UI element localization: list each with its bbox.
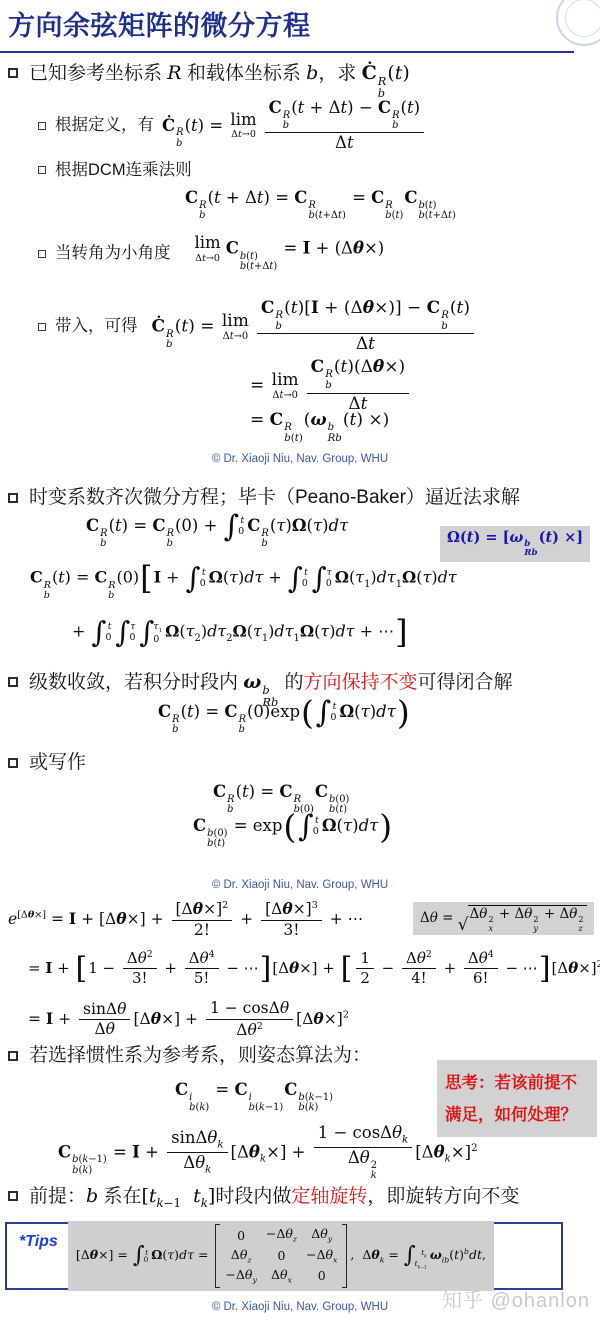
bullet-peano-baker: 时变系数齐次微分方程；毕卡（Peano-Baker）逼近法求解 — [8, 486, 520, 511]
bullet-known-frames-text: 已知参考坐标系 R 和载体坐标系 b，求 ĊRb(t) — [29, 61, 410, 100]
credit-line: © Dr. Xiaoji Niu, Nav. Group, WHU — [0, 453, 600, 465]
equation-small-angle-limit: limΔt→0Cb(t)b(t+Δt) = I + (Δθ×) — [193, 235, 385, 272]
equation-closed-form-exp: CRb(t) = CRb(0)exp(∫t0Ω(τ)dτ) — [158, 700, 411, 736]
bullet-inertial-frame-text: 若选择惯性系为参考系，则姿态算法为： — [29, 1044, 371, 1069]
page-title: 方向余弦矩阵的微分方程 — [8, 4, 311, 43]
bullet-square-icon — [8, 1051, 18, 1061]
equation-exp-form: Cb(0)b(t) = exp(∫t0Ω(τ)dτ) — [193, 814, 393, 850]
bullet-inertial-frame: 若选择惯性系为参考系，则姿态算法为： — [8, 1044, 371, 1069]
sub-bullet-definition-label: 根据定义，有 — [55, 115, 154, 136]
bullet-square-icon — [8, 677, 18, 687]
slide-page: 方向余弦矩阵的微分方程 已知参考坐标系 R 和载体坐标系 b，求 ĊRb(t)… — [0, 0, 600, 1326]
bullet-square-icon — [8, 493, 18, 503]
sub-bullet-definition: 根据定义，有 ĊRb(t) = limΔt→0CRb(t + Δt) − CR… — [38, 98, 427, 154]
bullet-square-icon — [38, 323, 46, 331]
equation-dcm-chain-rule: CRb(t + Δt) = CRb(t+Δt) = CRb(t)Cb(t)b(t… — [185, 188, 457, 222]
bullet-square-icon — [8, 758, 18, 768]
bullet-square-icon — [38, 250, 46, 258]
equation-attitude-recursion: Cib(k) = Cib(k−1)Cb(k−1)b(k) — [175, 1080, 334, 1114]
equation-taylor-line2: = I + [1 − Δθ23! + Δθ45! − ⋯][Δθ×] + [12… — [28, 950, 600, 988]
equation-taylor-line1: e[Δθ×] = I + [Δθ×] + [Δθ×]22! + [Δθ×]33!… — [8, 900, 363, 940]
definition-box-dtheta-norm: Δθ = √Δθ2x + Δθ2y + Δθ2z — [413, 902, 594, 935]
bullet-known-frames: 已知参考坐标系 R 和载体坐标系 b，求 ĊRb(t) — [8, 61, 410, 100]
sub-bullet-substitute-label: 带入，可得 — [55, 316, 138, 337]
sub-bullet-substitute: 带入，可得 ĊRb(t) = limΔt→0CRb(t)[I + (Δθ×)]… — [38, 298, 477, 356]
sub-bullet-small-angle-label: 当转角为小角度 — [55, 243, 171, 264]
sub-bullet-chain-rule: 根据DCM连乘法则 — [38, 160, 192, 181]
equation-integral-form: CRb(t) = CRb(0) + ∫t0CRb(τ)Ω(τ)dτ — [86, 514, 348, 550]
bullet-square-icon — [8, 1191, 18, 1201]
sub-bullet-small-angle: 当转角为小角度 limΔt→0Cb(t)b(t+Δt) = I + (Δθ×) — [38, 236, 384, 272]
bullet-or-written: 或写作 — [8, 751, 86, 776]
tips-label: *Tips — [19, 1233, 58, 1251]
equation-rotation-update: Cb(k−1)b(k) = I + sinΔθkΔθk[Δθk×] + 1 − … — [58, 1124, 478, 1182]
equation-substituted-limit: ĊRb(t) = limΔt→0CRb(t)[I + (Δθ×)] − CRb… — [152, 299, 477, 355]
sub-bullet-chain-rule-label: 根据DCM连乘法则 — [55, 160, 192, 181]
equation-dcm-dot-result: = CRb(t)(ωbRb(t) ×) — [250, 410, 389, 445]
university-seal-icon — [556, 0, 600, 46]
equation-series-line1: CRb(t) = CRb(0)[I + ∫t0Ω(τ)dτ + ∫t0∫τ0Ω(… — [30, 566, 457, 601]
definition-box-omega: Ω(t) = [ωbRb(t) ×] — [440, 526, 590, 562]
bullet-square-icon — [38, 166, 46, 174]
tips-box: *Tips [Δθ×] = ∫t0Ω(τ)dτ = 0−ΔθzΔθyΔθz0−Δ… — [5, 1222, 563, 1290]
bullet-premise-text: 前提：b 系在[tk−1 tk]时段内做定轴旋转，即旋转方向不变 — [29, 1184, 519, 1211]
credit-line: © Dr. Xiaoji Niu, Nav. Group, WHU — [0, 879, 600, 891]
equation-derivative-definition: ĊRb(t) = limΔt→0CRb(t + Δt) − CRb(t)Δt — [162, 99, 427, 154]
watermark: 知乎 @ohanlon — [442, 1284, 590, 1313]
equation-limit-simplified: = limΔt→0CRb(t)(Δθ×)Δt — [250, 358, 412, 414]
bullet-square-icon — [8, 68, 18, 78]
equation-series-line2: + ∫t0∫τ0∫τ10Ω(τ2)dτ2Ω(τ1)dτ1Ω(τ)dτ + ⋯] — [72, 620, 409, 644]
bullet-peano-baker-text: 时变系数齐次微分方程；毕卡（Peano-Baker）逼近法求解 — [29, 486, 520, 511]
bullet-premise: 前提：b 系在[tk−1 tk]时段内做定轴旋转，即旋转方向不变 — [8, 1184, 519, 1211]
equation-tips-skew-matrix: [Δθ×] = ∫t0Ω(τ)dτ = 0−ΔθzΔθyΔθz0−Δθx−Δθy… — [68, 1221, 494, 1290]
bullet-or-written-label: 或写作 — [29, 751, 86, 776]
title-underline — [0, 51, 574, 53]
equation-taylor-line3: = I + sinΔθΔθ[Δθ×] + 1 − cosΔθΔθ2[Δθ×]2 — [28, 1000, 349, 1040]
bullet-square-icon — [38, 122, 46, 130]
